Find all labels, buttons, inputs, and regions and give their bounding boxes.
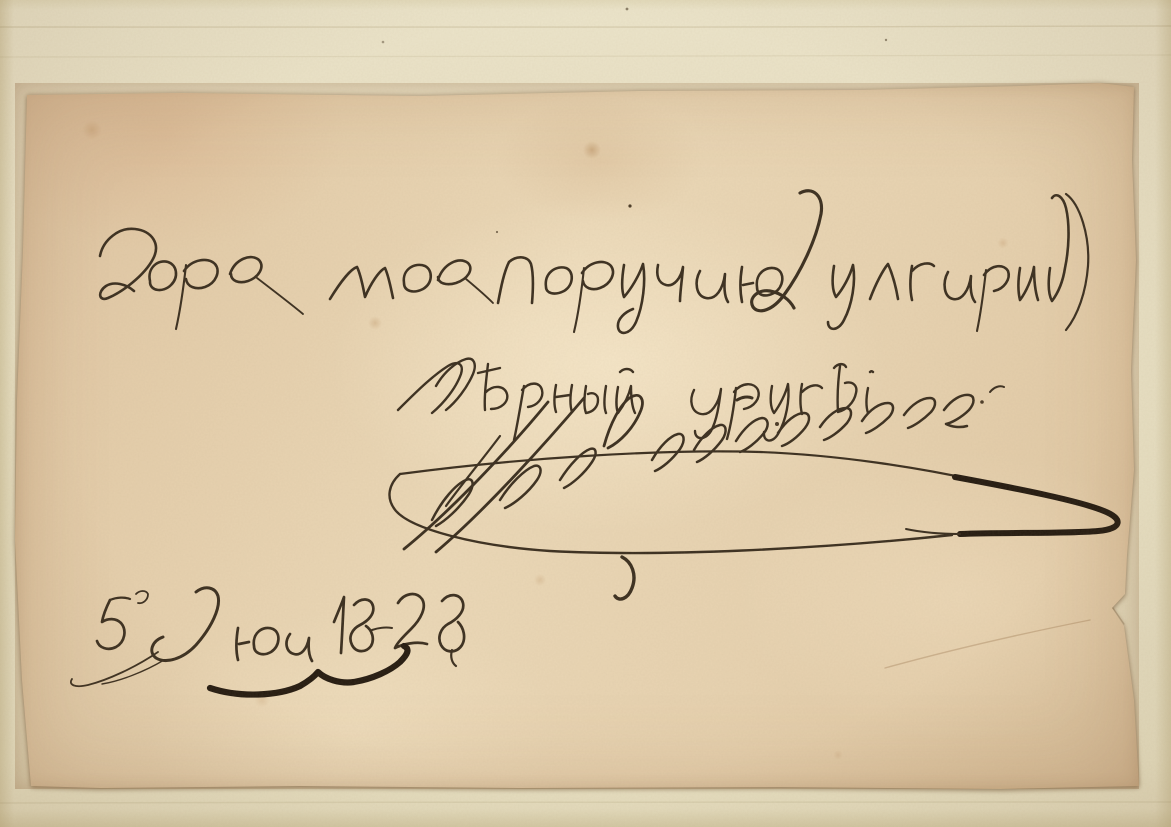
handwriting-line-1: Горе мое поручаю Булгарину xyxy=(100,191,1088,333)
date-line: 5. Іюня 1828 xyxy=(71,588,464,696)
paper-creases xyxy=(0,26,1171,803)
ink-specks xyxy=(382,8,984,426)
handwriting-layer: Горе мое поручаю Булгарину xyxy=(0,0,1171,827)
signature-line: Грибоѣдовъ xyxy=(389,386,1117,599)
handwriting-line-2: Вѣрный другъ xyxy=(398,359,873,441)
manuscript-photo: { "manuscript": { "description": "Handwr… xyxy=(0,0,1171,827)
album-page-backing: Горе мое поручаю Булгарину xyxy=(0,0,1171,827)
